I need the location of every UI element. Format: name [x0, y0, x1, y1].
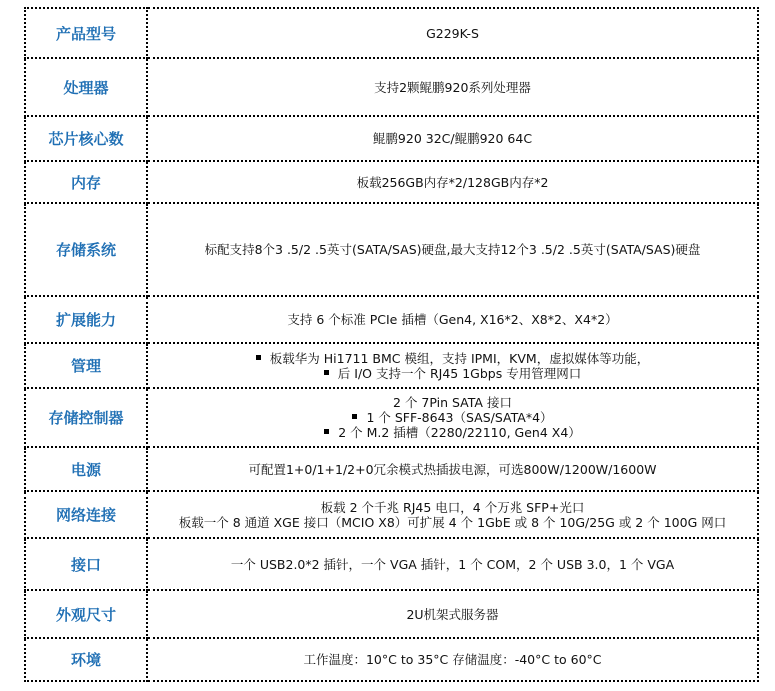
- value-line: 板载华为 Hi1711 BMC 模组，支持 IPMI，KVM，虚拟媒体等功能，: [148, 351, 757, 366]
- value-line: 工作温度：10°C to 35°C 存储温度：-40°C to 60°C: [148, 652, 757, 667]
- spec-row-expansion: 扩展能力 支持 6 个标准 PCIe 插槽（Gen4, X16*2、X8*2、X…: [25, 296, 758, 343]
- row-value: 一个 USB2.0*2 插针，一个 VGA 插针，1 个 COM，2 个 USB…: [147, 538, 758, 590]
- bullet-icon: [352, 414, 357, 419]
- spec-row-processor: 处理器 支持2颗鲲鹏920系列处理器: [25, 58, 758, 116]
- value-text: 2 个 7Pin SATA 接口: [393, 395, 512, 410]
- value-line: 2U机架式服务器: [148, 607, 757, 622]
- spec-row-environment: 环境 工作温度：10°C to 35°C 存储温度：-40°C to 60°C: [25, 638, 758, 681]
- row-label: 处理器: [25, 58, 147, 116]
- row-label: 管理: [25, 343, 147, 388]
- row-label: 存储控制器: [25, 388, 147, 447]
- row-label: 接口: [25, 538, 147, 590]
- row-value: 2U机架式服务器: [147, 590, 758, 638]
- value-text: 2 个 M.2 插槽（2280/22110, Gen4 X4）: [338, 425, 581, 440]
- row-value: 可配置1+0/1+1/2+0冗余模式热插拔电源，可选800W/1200W/160…: [147, 447, 758, 491]
- row-value: 板载华为 Hi1711 BMC 模组，支持 IPMI，KVM，虚拟媒体等功能， …: [147, 343, 758, 388]
- value-line: G229K-S: [148, 26, 757, 41]
- spec-row-cores: 芯片核心数 鲲鹏920 32C/鲲鹏920 64C: [25, 116, 758, 161]
- value-line: 板载256GB内存*2/128GB内存*2: [148, 175, 757, 190]
- row-value: 板载 2 个千兆 RJ45 电口，4 个万兆 SFP+光口 板载一个 8 通道 …: [147, 491, 758, 538]
- spec-row-network: 网络连接 板载 2 个千兆 RJ45 电口，4 个万兆 SFP+光口 板载一个 …: [25, 491, 758, 538]
- spec-row-interfaces: 接口 一个 USB2.0*2 插针，一个 VGA 插针，1 个 COM，2 个 …: [25, 538, 758, 590]
- value-text: 板载华为 Hi1711 BMC 模组，支持 IPMI，KVM，虚拟媒体等功能，: [270, 351, 649, 366]
- row-label: 外观尺寸: [25, 590, 147, 638]
- row-label: 网络连接: [25, 491, 147, 538]
- value-line: 一个 USB2.0*2 插针，一个 VGA 插针，1 个 COM，2 个 USB…: [148, 557, 757, 572]
- row-label: 芯片核心数: [25, 116, 147, 161]
- row-label: 扩展能力: [25, 296, 147, 343]
- spec-row-storage: 存储系统 标配支持8个3 .5/2 .5英寸(SATA/SAS)硬盘,最大支持1…: [25, 203, 758, 296]
- row-value: G229K-S: [147, 8, 758, 58]
- row-value: 工作温度：10°C to 35°C 存储温度：-40°C to 60°C: [147, 638, 758, 681]
- spec-table: 产品型号 G229K-S 处理器 支持2颗鲲鹏920系列处理器 芯片核心数 鲲鹏…: [24, 7, 759, 682]
- value-line: 鲲鹏920 32C/鲲鹏920 64C: [148, 131, 757, 146]
- spec-row-storage-controller: 存储控制器 2 个 7Pin SATA 接口 1 个 SFF-8643（SAS/…: [25, 388, 758, 447]
- bullet-icon: [256, 355, 261, 360]
- row-value: 支持 6 个标准 PCIe 插槽（Gen4, X16*2、X8*2、X4*2）: [147, 296, 758, 343]
- value-line: 支持2颗鲲鹏920系列处理器: [148, 80, 757, 95]
- bullet-icon: [324, 429, 329, 434]
- value-line: 1 个 SFF-8643（SAS/SATA*4）: [148, 410, 757, 425]
- value-line: 后 I/O 支持一个 RJ45 1Gbps 专用管理网口: [148, 366, 757, 381]
- row-label: 电源: [25, 447, 147, 491]
- spec-row-form-factor: 外观尺寸 2U机架式服务器: [25, 590, 758, 638]
- value-line: 支持 6 个标准 PCIe 插槽（Gen4, X16*2、X8*2、X4*2）: [148, 312, 757, 327]
- value-text: 1 个 SFF-8643（SAS/SATA*4）: [366, 410, 552, 425]
- row-label: 存储系统: [25, 203, 147, 296]
- value-line: 板载一个 8 通道 XGE 接口（MCIO X8）可扩展 4 个 1GbE 或 …: [148, 515, 757, 530]
- row-value: 标配支持8个3 .5/2 .5英寸(SATA/SAS)硬盘,最大支持12个3 .…: [147, 203, 758, 296]
- value-text: 后 I/O 支持一个 RJ45 1Gbps 专用管理网口: [338, 366, 581, 381]
- spec-row-product-model: 产品型号 G229K-S: [25, 8, 758, 58]
- row-value: 支持2颗鲲鹏920系列处理器: [147, 58, 758, 116]
- value-line: 可配置1+0/1+1/2+0冗余模式热插拔电源，可选800W/1200W/160…: [148, 462, 757, 477]
- value-line: 2 个 M.2 插槽（2280/22110, Gen4 X4）: [148, 425, 757, 440]
- row-value: 板载256GB内存*2/128GB内存*2: [147, 161, 758, 203]
- row-label: 环境: [25, 638, 147, 681]
- spec-row-memory: 内存 板载256GB内存*2/128GB内存*2: [25, 161, 758, 203]
- row-label: 产品型号: [25, 8, 147, 58]
- bullet-icon: [324, 370, 329, 375]
- value-line: 板载 2 个千兆 RJ45 电口，4 个万兆 SFP+光口: [148, 500, 757, 515]
- spec-row-management: 管理 板载华为 Hi1711 BMC 模组，支持 IPMI，KVM，虚拟媒体等功…: [25, 343, 758, 388]
- row-label: 内存: [25, 161, 147, 203]
- row-value: 鲲鹏920 32C/鲲鹏920 64C: [147, 116, 758, 161]
- spec-row-power: 电源 可配置1+0/1+1/2+0冗余模式热插拔电源，可选800W/1200W/…: [25, 447, 758, 491]
- value-line: 标配支持8个3 .5/2 .5英寸(SATA/SAS)硬盘,最大支持12个3 .…: [148, 242, 757, 257]
- value-line: 2 个 7Pin SATA 接口: [148, 395, 757, 410]
- row-value: 2 个 7Pin SATA 接口 1 个 SFF-8643（SAS/SATA*4…: [147, 388, 758, 447]
